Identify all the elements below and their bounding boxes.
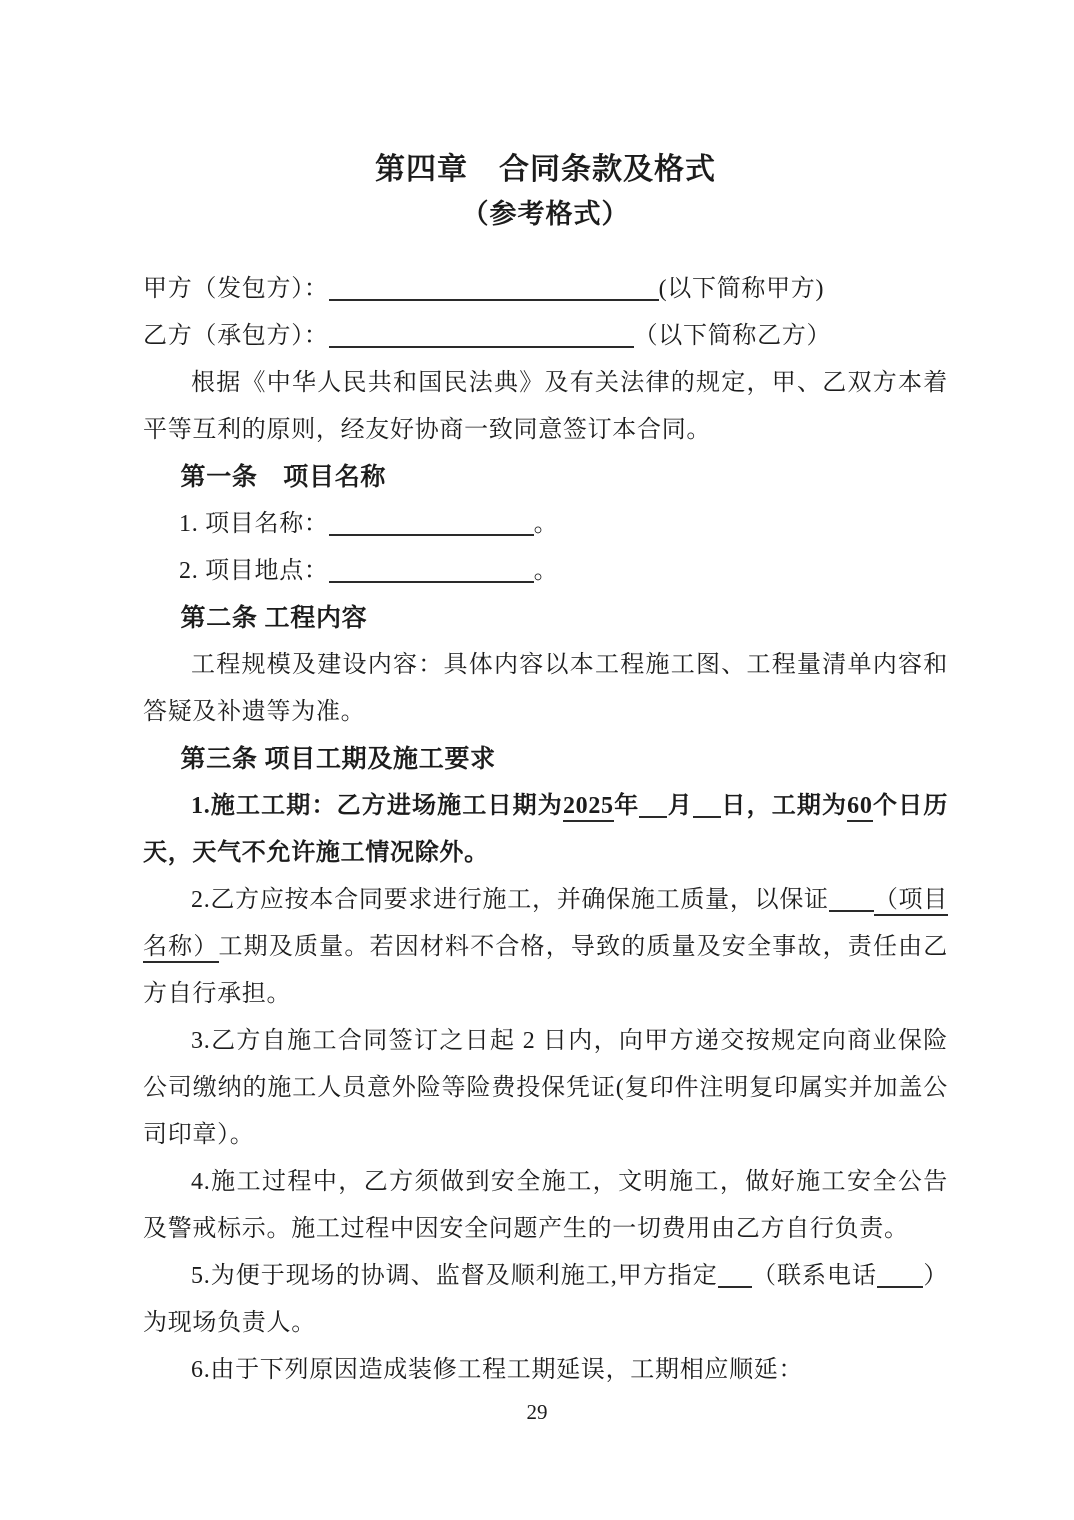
contact-phone-blank-field — [877, 1258, 923, 1288]
chapter-subtitle: （参考格式） — [143, 194, 948, 234]
party-b-blank-field — [329, 318, 634, 348]
clause-1-item-2: 2. 项目地点：。 — [143, 548, 948, 595]
quality-clause-part-1: 2.乙方应按本合同要求进行施工，并确保施工质量，以保证 — [191, 887, 829, 913]
site-manager-part-2: （联系电话 — [752, 1263, 877, 1289]
project-name-blank-field — [329, 506, 534, 536]
project-name-ref-blank-field — [829, 882, 874, 912]
project-location-blank-field — [329, 553, 534, 583]
project-name-label: 1. 项目名称： — [179, 511, 329, 537]
party-b-note: （以下简称乙方） — [634, 323, 832, 349]
party-a-label: 甲方（发包方）： — [143, 276, 329, 302]
month-blank-field — [639, 788, 667, 818]
month-unit: 月 — [667, 793, 693, 819]
year-unit: 年 — [614, 793, 640, 819]
parties-section: 甲方（发包方）：(以下简称甲方) 乙方（承包方）：（以下简称乙方） — [143, 266, 948, 360]
preamble-paragraph: 根据《中华人民共和国民法典》及有关法律的规定，甲、乙双方本着平等互利的原则，经友… — [143, 360, 948, 454]
clause-3-item-4: 4.施工过程中，乙方须做到安全施工，文明施工，做好施工安全公告及警戒标示。施工过… — [143, 1159, 948, 1253]
party-b-line: 乙方（承包方）：（以下简称乙方） — [143, 313, 948, 360]
day-blank-field — [693, 788, 721, 818]
clause-2-heading: 第二条 工程内容 — [143, 595, 948, 642]
clause-1-item-1: 1. 项目名称：。 — [143, 501, 948, 548]
duration-value: 60 — [847, 793, 872, 822]
day-part: 日，工期为 — [721, 793, 847, 819]
year-value: 2025 — [563, 793, 614, 822]
clause-3-item-1: 1.施工工期：乙方进场施工日期为2025年月日，工期为60个日历天，天气不允许施… — [143, 783, 948, 877]
party-a-note: (以下简称甲方) — [659, 276, 825, 302]
chapter-title: 第四章 合同条款及格式 — [143, 150, 948, 190]
period-mark: 。 — [534, 558, 559, 584]
clause-1-heading: 第一条 项目名称 — [143, 454, 948, 501]
project-location-label: 2. 项目地点： — [179, 558, 329, 584]
clause-3-heading: 第三条 项目工期及施工要求 — [143, 736, 948, 783]
construction-period-prefix: 1.施工工期：乙方进场施工日期为 — [191, 793, 563, 819]
party-b-label: 乙方（承包方）： — [143, 323, 329, 349]
clause-3-item-3: 3.乙方自施工合同签订之日起 2 日内，向甲方递交按规定向商业保险公司缴纳的施工… — [143, 1018, 948, 1159]
clause-3-item-2: 2.乙方应按本合同要求进行施工，并确保施工质量，以保证（项目名称）工期及质量。若… — [143, 877, 948, 1018]
site-manager-blank-field — [718, 1258, 752, 1288]
quality-clause-part-2: 工期及质量。若因材料不合格，导致的质量及安全事故，责任由乙方自行承担。 — [143, 934, 948, 1007]
clause-2-body: 工程规模及建设内容：具体内容以本工程施工图、工程量清单内容和答疑及补遗等为准。 — [143, 642, 948, 736]
contract-document-page: 第四章 合同条款及格式 （参考格式） 甲方（发包方）：(以下简称甲方) 乙方（承… — [0, 0, 1074, 1520]
party-a-blank-field — [329, 271, 659, 301]
site-manager-part-1: 5.为便于现场的协调、监督及顺利施工,甲方指定 — [191, 1263, 718, 1289]
party-a-line: 甲方（发包方）：(以下简称甲方) — [143, 266, 948, 313]
clause-3-item-5: 5.为便于现场的协调、监督及顺利施工,甲方指定（联系电话）为现场负责人。 — [143, 1253, 948, 1347]
period-mark: 。 — [534, 511, 559, 537]
clause-3-item-6: 6.由于下列原因造成装修工程工期延误，工期相应顺延： — [143, 1347, 948, 1394]
page-number: 29 — [0, 1398, 1074, 1426]
page-content: 第四章 合同条款及格式 （参考格式） 甲方（发包方）：(以下简称甲方) 乙方（承… — [0, 0, 1074, 1394]
